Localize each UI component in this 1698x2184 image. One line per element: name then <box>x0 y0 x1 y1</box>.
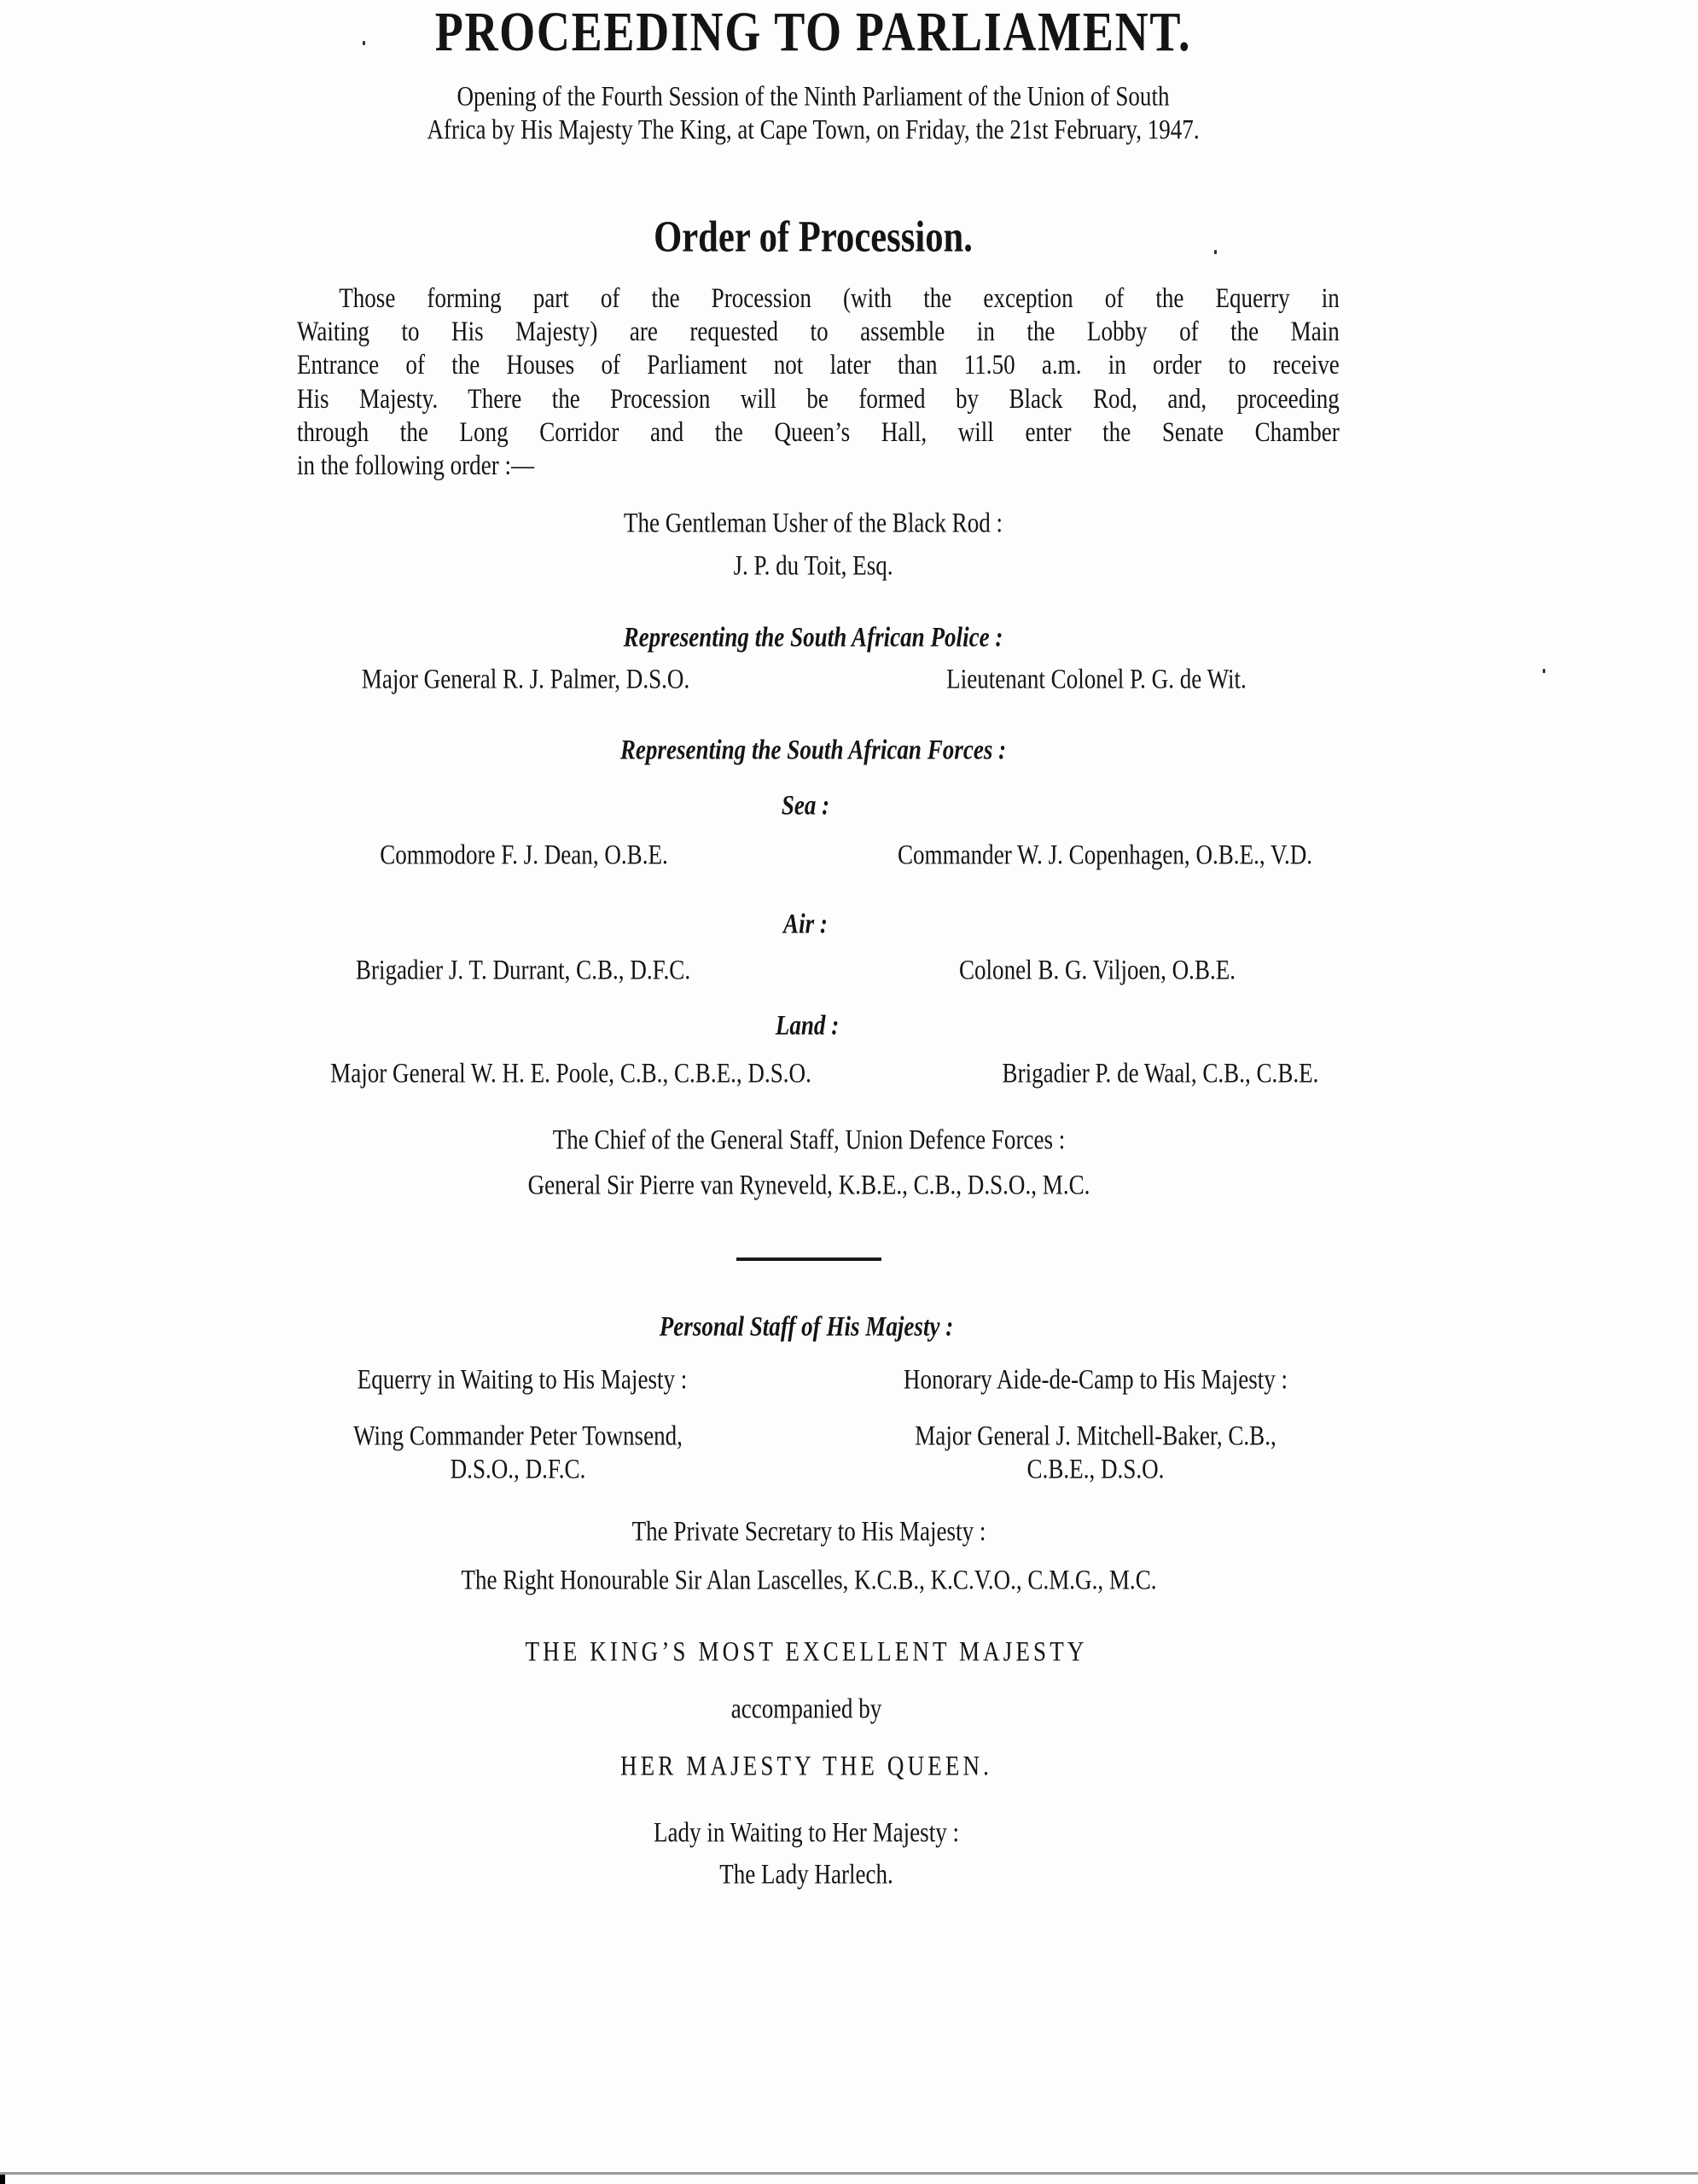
police-left-name: Major General R. J. Palmer, D.S.O. <box>362 665 689 696</box>
black-rod-label: The Gentleman Usher of the Black Rod : <box>624 508 1003 540</box>
scan-corner-mark <box>0 2175 5 2184</box>
lady-in-waiting-name: The Lady Harlech. <box>719 1860 893 1891</box>
chief-of-staff-label: The Chief of the General Staff, Union De… <box>553 1125 1066 1157</box>
private-secretary-label: The Private Secretary to His Majesty : <box>632 1517 986 1548</box>
paragraph-line: Entrance of the Houses of Parliament not… <box>297 349 1340 382</box>
queen-line: HER MAJESTY THE QUEEN. <box>620 1751 992 1783</box>
equerry-name-line-2: D.S.O., D.F.C. <box>451 1455 586 1486</box>
sea-label: Sea : <box>782 791 829 822</box>
subtitle-line-2: Africa by His Majesty The King, at Cape … <box>427 115 1199 147</box>
police-label: Representing the South African Police : <box>624 623 1003 654</box>
sea-right-name: Commander W. J. Copenhagen, O.B.E., V.D. <box>898 840 1312 872</box>
land-right-name: Brigadier P. de Waal, C.B., C.B.E. <box>1003 1059 1319 1090</box>
page-bottom-edge <box>0 2172 1698 2175</box>
personal-staff-label: Personal Staff of His Majesty : <box>660 1312 954 1344</box>
scan-speck <box>363 41 365 45</box>
air-right-name: Colonel B. G. Viljoen, O.B.E. <box>959 955 1236 987</box>
accompanied-by: accompanied by <box>731 1694 882 1726</box>
air-left-name: Brigadier J. T. Durrant, C.B., D.F.C. <box>356 955 690 987</box>
scan-speck <box>1214 250 1217 254</box>
equerry-label: Equerry in Waiting to His Majesty : <box>358 1365 688 1397</box>
adc-name-line-2: C.B.E., D.S.O. <box>1027 1455 1165 1486</box>
subtitle-line-1: Opening of the Fourth Session of the Nin… <box>456 82 1169 113</box>
sea-left-name: Commodore F. J. Dean, O.B.E. <box>380 840 668 872</box>
land-label: Land : <box>776 1011 839 1043</box>
black-rod-name: J. P. du Toit, Esq. <box>733 551 893 583</box>
equerry-name-line-1: Wing Commander Peter Townsend, <box>353 1421 683 1453</box>
adc-name-line-1: Major General J. Mitchell-Baker, C.B., <box>915 1421 1276 1453</box>
scan-speck <box>1543 669 1545 673</box>
document-title: PROCEEDING TO PARLIAMENT. <box>435 0 1191 65</box>
paragraph-line: His Majesty. There the Procession will b… <box>297 383 1340 416</box>
section-divider <box>736 1258 881 1261</box>
land-left-name: Major General W. H. E. Poole, C.B., C.B.… <box>330 1059 811 1090</box>
king-line: THE KING’S MOST EXCELLENT MAJESTY <box>526 1637 1088 1669</box>
intro-paragraph: Those forming part of the Procession (wi… <box>297 282 1340 483</box>
forces-label: Representing the South African Forces : <box>620 735 1006 767</box>
chief-of-staff-name: General Sir Pierre van Ryneveld, K.B.E.,… <box>528 1170 1090 1202</box>
air-label: Air : <box>783 909 828 941</box>
paragraph-line: Those forming part of the Procession (wi… <box>297 282 1340 316</box>
paragraph-line: through the Long Corridor and the Queen’… <box>297 416 1340 450</box>
section-heading: Order of Procession. <box>654 212 973 263</box>
private-secretary-name: The Right Honourable Sir Alan Lascelles,… <box>461 1565 1156 1597</box>
police-right-name: Lieutenant Colonel P. G. de Wit. <box>946 665 1247 696</box>
paragraph-line: Waiting to His Majesty) are requested to… <box>297 316 1340 349</box>
paragraph-line: in the following order :— <box>297 450 1340 483</box>
adc-label: Honorary Aide-de-Camp to His Majesty : <box>904 1365 1288 1397</box>
lady-in-waiting-label: Lady in Waiting to Her Majesty : <box>654 1818 959 1850</box>
